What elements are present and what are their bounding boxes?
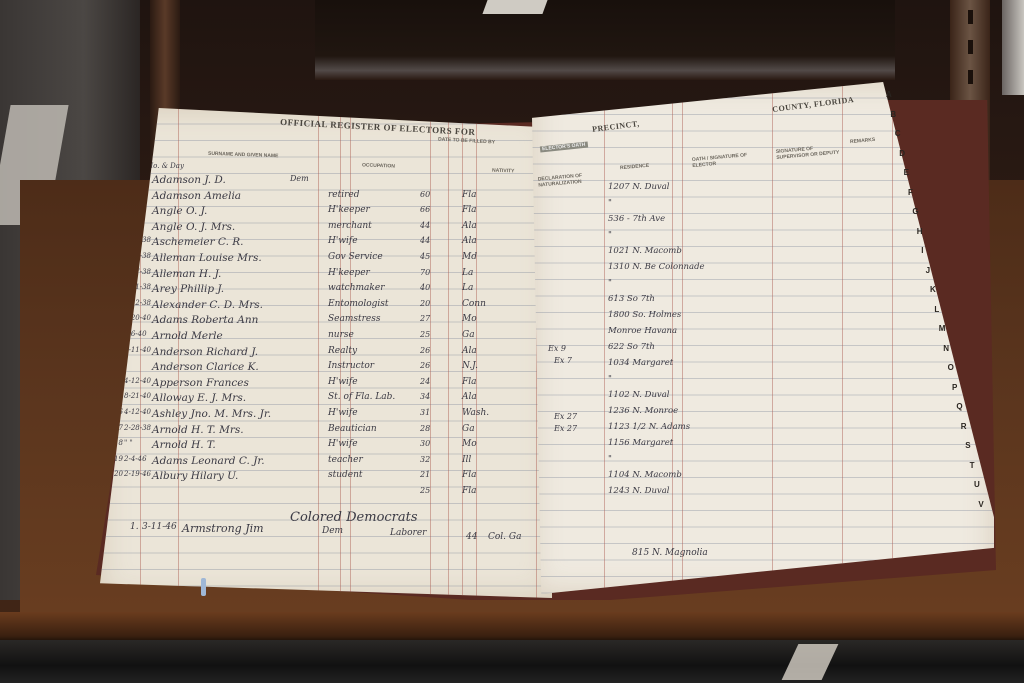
cell-nativity: Ill: [462, 455, 471, 465]
residence-cell: 1207 N. Duval: [608, 182, 670, 192]
cell-name: Adams Leonard C. Jr.: [152, 455, 265, 467]
residence-cell: 622 So 7th: [608, 342, 655, 352]
residence-cell: ": [608, 278, 612, 288]
index-tab-h[interactable]: H: [917, 227, 923, 236]
cell-age: 60: [420, 190, 430, 199]
ledger-left-page: OFFICIAL REGISTER OF ELECTORS FOR DATE T…: [100, 108, 552, 598]
cell-name: Arey Phillip J.: [152, 283, 224, 295]
cell-age: 66: [420, 205, 430, 214]
index-tab-s[interactable]: S: [965, 441, 970, 450]
cell-occupation: Instructor: [328, 361, 374, 371]
residence-cell: 1021 N. Macomb: [608, 246, 682, 256]
window-edge-right: [1002, 0, 1024, 95]
cell-nativity: Fla: [462, 470, 477, 480]
cell-nativity: Ala: [462, 392, 477, 402]
naturalization-note: Ex 27: [554, 424, 577, 433]
index-tab-p[interactable]: P: [952, 383, 957, 392]
cell-date: 2-4-46: [124, 455, 147, 463]
cell-occupation: H'wife: [328, 377, 358, 387]
cell-age: 32: [420, 455, 430, 464]
col-header-occupation: OCCUPATION: [362, 162, 395, 169]
cell-occupation: nurse: [328, 330, 354, 340]
residence-cell: 1034 Margaret: [608, 358, 673, 368]
index-tab-t[interactable]: T: [970, 461, 975, 470]
cell-name: Albury Hilary U.: [152, 470, 238, 482]
residence-cell: 1243 N. Duval: [608, 486, 670, 496]
cell-nativity: Md: [462, 252, 477, 262]
cell-age: 34: [420, 392, 430, 401]
cell-nativity: Ga: [462, 330, 475, 340]
alphabet-index-tabs: ABCDEFGHIJKLMNOPQRSTUV: [880, 86, 990, 536]
cell-age: 25: [420, 486, 430, 495]
cell-name: Arnold H. T.: [152, 439, 216, 451]
index-tab-g[interactable]: G: [912, 207, 918, 216]
index-tab-u[interactable]: U: [974, 480, 980, 489]
cell-occupation: merchant: [328, 221, 372, 231]
cell-name: Adamson J. D.: [152, 174, 226, 186]
cell-nativity: N.J.: [462, 361, 478, 371]
cell-occupation: H'wife: [328, 439, 358, 449]
index-tab-b[interactable]: B: [890, 110, 896, 119]
cell-occupation: H'wife: [328, 236, 358, 246]
index-tab-k[interactable]: K: [930, 285, 936, 294]
cell-name: Apperson Frances: [152, 377, 249, 389]
cell-name: Alleman Louise Mrs.: [152, 252, 262, 264]
upper-shelf: [315, 0, 895, 80]
naturalization-note: Ex 7: [554, 356, 572, 365]
cell-age: 30: [420, 439, 430, 448]
cell-name: Arnold Merle: [152, 330, 223, 342]
cell-occupation: Entomologist: [328, 299, 389, 309]
cell-name: Arnold H. T. Mrs.: [152, 424, 244, 436]
cell-occupation: watchmaker: [328, 283, 385, 293]
cell-nativity: Fla: [462, 377, 477, 387]
residence-cell: Monroe Havana: [608, 326, 677, 336]
index-tab-v[interactable]: V: [978, 500, 983, 509]
index-tab-m[interactable]: M: [939, 324, 946, 333]
cell-nativity: Fla: [462, 205, 477, 215]
cell-date: 8-21-40: [124, 392, 151, 400]
cell-age: 24: [420, 377, 430, 386]
cell-name: Alexander C. D. Mrs.: [152, 299, 263, 311]
index-tab-c[interactable]: C: [895, 129, 901, 138]
index-tab-l[interactable]: L: [934, 305, 939, 314]
residence-cell: ": [608, 230, 612, 240]
cell-age: 26: [420, 346, 430, 355]
cell-nativity: Conn: [462, 299, 486, 309]
residence-cell: 1102 N. Duval: [608, 390, 670, 400]
cell-age: 45: [420, 252, 430, 261]
index-tab-d[interactable]: D: [899, 149, 905, 158]
cell-age: 40: [420, 283, 430, 292]
index-tab-o[interactable]: O: [948, 363, 954, 372]
cell-nativity: La: [462, 268, 473, 278]
cell-name: Anderson Richard J.: [152, 346, 258, 358]
cell-occupation: student: [328, 470, 363, 480]
residence-cell: 1236 N. Monroe: [608, 406, 678, 416]
index-tab-r[interactable]: R: [961, 422, 967, 431]
cell-name: Adamson Amelia: [152, 190, 241, 202]
cell-date: 4-12-40: [124, 408, 151, 416]
cell-date: 2-19-46: [124, 470, 151, 478]
residence-cell: 536 - 7th Ave: [608, 214, 665, 224]
index-tab-a[interactable]: A: [886, 90, 892, 99]
cell-age: 70: [420, 268, 430, 277]
cell-name: Angle O. J.: [152, 205, 207, 217]
section-heading: Colored Democrats: [290, 510, 418, 525]
cell-age: 28: [420, 424, 430, 433]
bookmark-ribbon: [201, 578, 206, 596]
section-residence: 815 N. Magnolia: [632, 548, 708, 558]
col-header-nativity: NATIVITY: [492, 168, 515, 175]
residence-cell: 1310 N. Be Colonnade: [608, 262, 705, 272]
cell-age: 21: [420, 470, 430, 479]
cell-nativity: Ala: [462, 346, 477, 356]
cell-occupation: Realty: [328, 346, 357, 356]
cell-nativity: Ga: [462, 424, 475, 434]
cell-nativity: Mo: [462, 439, 477, 449]
cell-age: 20: [420, 299, 430, 308]
cell-name: Aschemeier C. R.: [152, 236, 244, 248]
index-tab-n[interactable]: N: [943, 344, 949, 353]
residence-cell: 613 So 7th: [608, 294, 655, 304]
cell-nativity: Mo: [462, 314, 477, 324]
residence-cell: ": [608, 374, 612, 384]
cell-nativity: Wash.: [462, 408, 489, 418]
cell-nativity: La: [462, 283, 473, 293]
cell-age: 31: [420, 408, 430, 417]
shelf-edge-molding: [0, 612, 1024, 642]
cell-occupation: retired: [328, 190, 360, 200]
cell-age: 25: [420, 330, 430, 339]
cell-name: Angle O. J. Mrs.: [152, 221, 235, 233]
index-tab-j[interactable]: J: [926, 266, 930, 275]
index-tab-e[interactable]: E: [904, 168, 909, 177]
index-tab-i[interactable]: I: [921, 246, 923, 255]
residence-cell: 1800 So. Holmes: [608, 310, 681, 320]
naturalization-note: Ex 9: [548, 344, 566, 353]
cell-age: 44: [420, 236, 430, 245]
upper-shelf-paper: [482, 0, 547, 14]
cell-date: 2-28-38: [124, 424, 151, 432]
cell-occupation: Seamstress: [328, 314, 381, 324]
residence-cell: 1123 1/2 N. Adams: [608, 422, 690, 432]
cell-age: 26: [420, 361, 430, 370]
cell-name: Alloway E. J. Mrs.: [152, 392, 246, 404]
naturalization-note: Ex 27: [554, 412, 577, 421]
museum-display-scene: OFFICIAL REGISTER OF ELECTORS FOR DATE T…: [0, 0, 1024, 683]
residence-cell: 1156 Margaret: [608, 438, 673, 448]
residence-cell: ": [608, 198, 612, 208]
index-tab-f[interactable]: F: [908, 188, 913, 197]
cell-no: 20: [114, 470, 123, 478]
cell-name: Alleman H. J.: [152, 268, 221, 280]
cell-occupation: H'keeper: [328, 268, 370, 278]
cell-name: Adams Roberta Ann: [152, 314, 258, 326]
cell-occupation: Beautician: [328, 424, 377, 434]
cell-occupation: St. of Fla. Lab.: [328, 392, 395, 402]
cell-nativity: Ala: [462, 236, 477, 246]
cell-nativity: Ala: [462, 221, 477, 231]
cell-nativity: Fla: [462, 486, 477, 496]
cell-age: 44: [420, 221, 430, 230]
cell-nativity: Fla: [462, 190, 477, 200]
cell-occupation: Gov Service: [328, 252, 383, 262]
marble-base: [0, 640, 1024, 683]
cell-occupation: H'wife: [328, 408, 358, 418]
cell-name: Anderson Clarice K.: [152, 361, 259, 373]
cell-occupation: H'keeper: [328, 205, 370, 215]
cell-occupation: teacher: [328, 455, 363, 465]
residence-cell: 1104 N. Macomb: [608, 470, 682, 480]
cell-party: Dem: [290, 174, 309, 183]
cell-date: 4-12-40: [124, 377, 151, 385]
index-tab-q[interactable]: Q: [956, 402, 962, 411]
cell-date: " ": [124, 439, 133, 447]
residence-cell: ": [608, 454, 612, 464]
cell-age: 27: [420, 314, 430, 323]
cell-name: Ashley Jno. M. Mrs. Jr.: [152, 408, 271, 420]
